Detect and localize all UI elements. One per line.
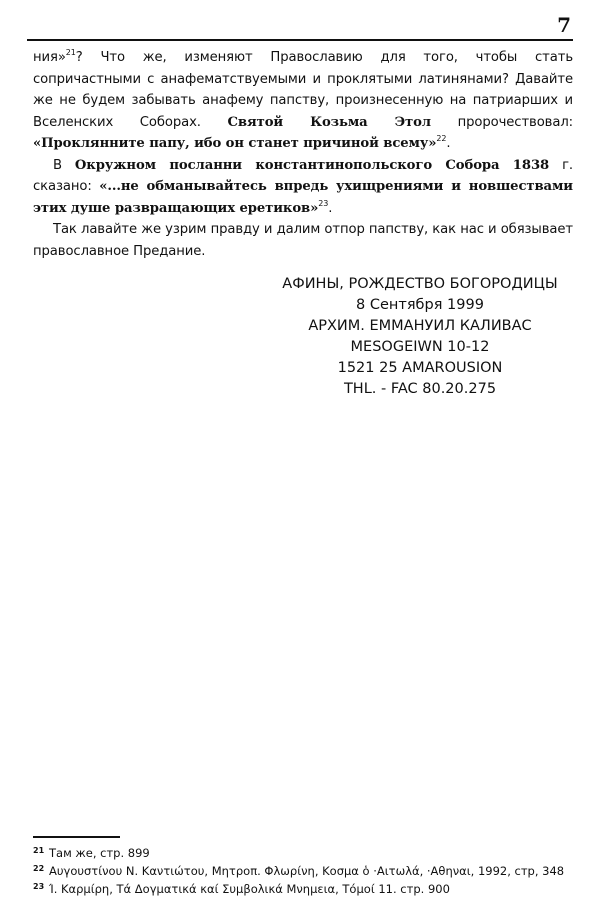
footnote-ref-23[interactable]: 23 <box>318 199 328 208</box>
footnote-number: 23 <box>33 879 49 895</box>
body-text: ния»21? Что же, изменяют Православию для… <box>33 47 573 262</box>
text-run: пророчествовал: <box>431 115 573 130</box>
footnote-22: 22Αυγουστίνου Ν. Καντιώτου, Μητροπ. Φλωρ… <box>33 861 573 879</box>
text-run: ния» <box>33 50 66 65</box>
footnote-21: 21Там же, стр. 899 <box>33 843 573 861</box>
paragraph-1: ния»21? Что же, изменяют Православию для… <box>33 47 573 155</box>
footnote-number: 21 <box>33 843 49 859</box>
bold-quote: «Проклянните папу, ибо он станет причино… <box>33 136 436 151</box>
paragraph-3: Так лавайте же узрим правду и далим отпо… <box>33 219 573 262</box>
footnote-ref-22[interactable]: 22 <box>436 134 446 143</box>
signature-line: АРХИМ. ЕММАНУИЛ КАЛИВАС <box>240 316 600 337</box>
footnote-number: 22 <box>33 861 49 877</box>
footnote-text: Там же, стр. 899 <box>49 846 150 860</box>
bold-name: Святой Козьма Этол <box>228 115 431 130</box>
text-run: . <box>328 201 332 216</box>
bold-title: Окружном посланни константинопольского С… <box>75 158 549 173</box>
footnotes: 21Там же, стр. 899 22Αυγουστίνου Ν. Καντ… <box>33 843 573 897</box>
footnote-text: Ί. Καρμίρη, Τά Δογματικά καί Συμβολικά Μ… <box>49 882 450 896</box>
text-run: . <box>446 136 450 151</box>
signature-block: АФИНЫ, РОЖДЕСТВО БОГОРОДИЦЫ 8 Сентября 1… <box>240 274 600 400</box>
signature-line: THL. - FAC 80.20.275 <box>240 379 600 400</box>
page-number: 7 <box>557 13 571 37</box>
text-run: В <box>53 158 75 173</box>
bold-quote: «...не обманывайтесь впредь ухищрениями … <box>33 179 573 216</box>
footnote-23: 23Ί. Καρμίρη, Τά Δογματικά καί Συμβολικά… <box>33 879 573 897</box>
signature-line: 8 Сентября 1999 <box>240 295 600 316</box>
footnote-rule <box>33 836 120 838</box>
footnote-ref-21[interactable]: 21 <box>66 48 76 57</box>
signature-line: 1521 25 AMAROUSION <box>240 358 600 379</box>
footnote-text: Αυγουστίνου Ν. Καντιώτου, Μητροπ. Φλωρίν… <box>49 864 564 878</box>
paragraph-2: В Окружном посланни константинопольского… <box>33 155 573 220</box>
header-rule <box>27 39 573 41</box>
signature-line: АФИНЫ, РОЖДЕСТВО БОГОРОДИЦЫ <box>240 274 600 295</box>
signature-line: MESOGEIWN 10-12 <box>240 337 600 358</box>
